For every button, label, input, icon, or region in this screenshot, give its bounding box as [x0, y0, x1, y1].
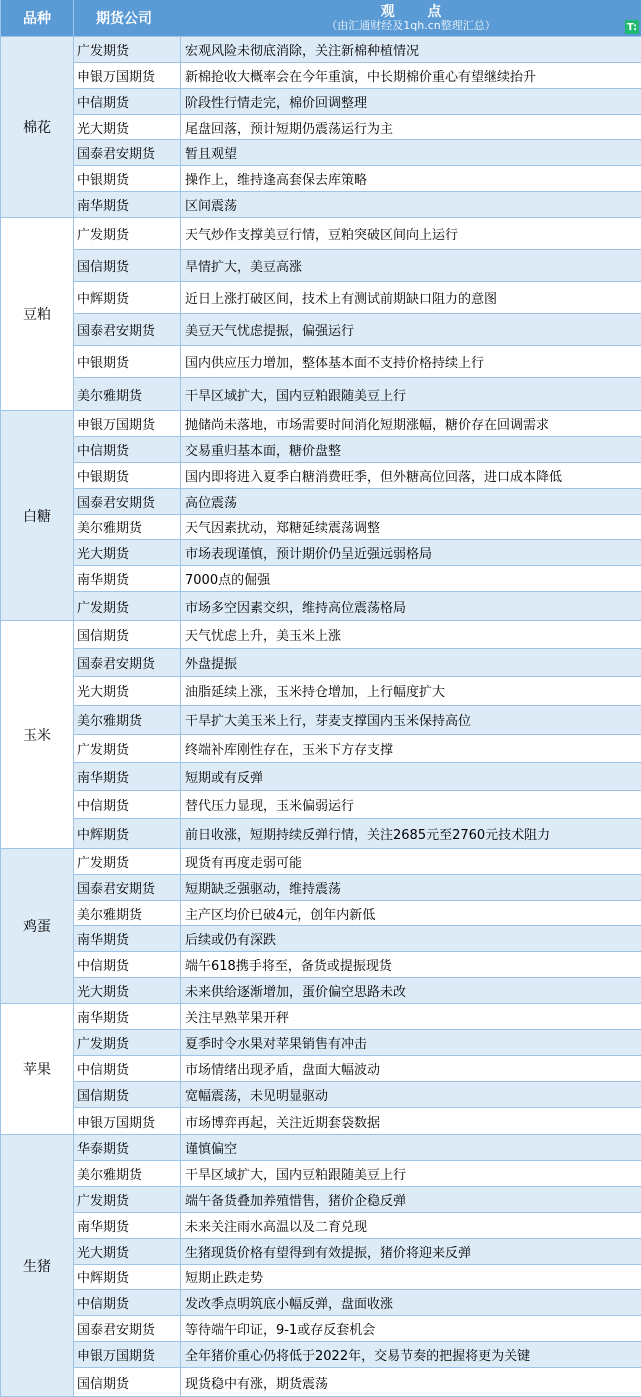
table-row: 申银万国期货全年猪价重心仍将低于2022年，交易节奏的把握将更为关键	[74, 1342, 641, 1368]
company-cell: 南华期货	[74, 763, 181, 790]
company-cell: 国泰君安期货	[74, 140, 181, 165]
company-cell: 中银期货	[74, 463, 181, 488]
view-cell: 尾盘回落，预计短期仍震荡运行为主	[181, 115, 641, 140]
company-cell: 国信期货	[74, 1082, 181, 1107]
view-cell: 高位震荡	[181, 489, 641, 514]
table-row: 中信期货替代压力显现，玉米偏弱运行	[74, 791, 641, 819]
view-cell: 旱情扩大，美豆高涨	[181, 250, 641, 281]
view-cell: 干旱区域扩大，国内豆粕跟随美豆上行	[181, 1161, 641, 1186]
group-soybean-meal: 豆粕 广发期货天气炒作支撑美豆行情，豆粕突破区间向上运行 国信期货旱情扩大，美豆…	[1, 218, 641, 411]
table-row: 申银万国期货新棉抢收大概率会在今年重演，中长期棉价重心有望继续抬升	[74, 63, 641, 89]
table-row: 国泰君安期货高位震荡	[74, 489, 641, 515]
view-cell: 夏季时令水果对苹果销售有冲击	[181, 1030, 641, 1055]
view-cell: 全年猪价重心仍将低于2022年，交易节奏的把握将更为关键	[181, 1342, 641, 1367]
view-cell: 宽幅震荡，未见明显驱动	[181, 1082, 641, 1107]
company-cell: 中辉期货	[74, 819, 181, 848]
table-row: 广发期货市场多空因素交织，维持高位震荡格局	[74, 592, 641, 620]
table-row: 中银期货国内即将进入夏季白糖消费旺季，但外糖高位回落，进口成本降低	[74, 463, 641, 489]
view-cell: 终端补库刚性存在，玉米下方存支撑	[181, 735, 641, 763]
company-cell: 美尔雅期货	[74, 1161, 181, 1186]
table-row: 中银期货操作上，维持逢高套保去库策略	[74, 166, 641, 192]
view-cell: 未来关注雨水高温以及二育兑现	[181, 1213, 641, 1238]
company-cell: 光大期货	[74, 1239, 181, 1264]
view-cell: 国内供应压力增加，整体基本面不支持价格持续上行	[181, 346, 641, 377]
table-row: 南华期货关注早熟苹果开秤	[74, 1004, 641, 1030]
group-white-sugar: 白糖 申银万国期货抛储尚未落地，市场需要时间消化短期涨幅，糖价存在回调需求 中信…	[1, 411, 641, 621]
view-cell: 天气炒作支撑美豆行情，豆粕突破区间向上运行	[181, 218, 641, 249]
table-row: 美尔雅期货天气因素扰动，郑糖延续震荡调整	[74, 515, 641, 541]
table-row: 广发期货现货有再度走弱可能	[74, 849, 641, 875]
category-cell: 鸡蛋	[1, 849, 74, 1003]
company-cell: 国信期货	[74, 1368, 181, 1396]
table-row: 中信期货阶段性行情走完，棉价回调整理	[74, 89, 641, 115]
category-cell: 玉米	[1, 621, 74, 848]
table-row: 光大期货未来供给逐渐增加，蛋价偏空思路未改	[74, 978, 641, 1003]
table-row: 广发期货天气炒作支撑美豆行情，豆粕突破区间向上运行	[74, 218, 641, 250]
futures-views-table: 品种 期货公司 观 点 （由汇通财经及1qh.cn整理汇总） T: 棉花 广发期…	[0, 0, 641, 1397]
table-row: 中信期货发改季点明筑底小幅反弹，盘面收涨	[74, 1290, 641, 1316]
view-cell: 干旱扩大美玉米上行，芽麦支撑国内玉米保持高位	[181, 706, 641, 734]
view-cell: 市场多空因素交织，维持高位震荡格局	[181, 592, 641, 620]
table-row: 国泰君安期货短期缺乏强驱动，维持震荡	[74, 875, 641, 901]
header-company: 期货公司	[74, 0, 181, 36]
table-row: 美尔雅期货干旱区域扩大，国内豆粕跟随美豆上行	[74, 378, 641, 410]
view-cell: 发改季点明筑底小幅反弹，盘面收涨	[181, 1290, 641, 1315]
category-cell: 苹果	[1, 1004, 74, 1134]
table-row: 国信期货旱情扩大，美豆高涨	[74, 250, 641, 282]
table-row: 南华期货未来关注雨水高温以及二育兑现	[74, 1213, 641, 1239]
company-cell: 南华期货	[74, 566, 181, 591]
company-cell: 国信期货	[74, 250, 181, 281]
view-cell: 油脂延续上涨，玉米持仓增加，上行幅度扩大	[181, 677, 641, 705]
company-cell: 美尔雅期货	[74, 706, 181, 734]
view-cell: 抛储尚未落地，市场需要时间消化短期涨幅，糖价存在回调需求	[181, 411, 641, 436]
header-category: 品种	[1, 0, 74, 36]
filter-icon[interactable]: T:	[625, 20, 639, 34]
table-row: 国信期货现货稳中有涨，期货震荡	[74, 1368, 641, 1396]
category-cell: 白糖	[1, 411, 74, 620]
header-view: 观 点 （由汇通财经及1qh.cn整理汇总）	[181, 0, 641, 36]
view-cell: 现货稳中有涨，期货震荡	[181, 1368, 641, 1396]
company-cell: 国泰君安期货	[74, 875, 181, 900]
view-cell: 宏观风险未彻底消除，关注新棉种植情况	[181, 37, 641, 62]
view-cell: 新棉抢收大概率会在今年重演，中长期棉价重心有望继续抬升	[181, 63, 641, 88]
company-cell: 国泰君安期货	[74, 314, 181, 345]
company-cell: 光大期货	[74, 677, 181, 705]
view-cell: 谨慎偏空	[181, 1135, 641, 1160]
view-cell: 短期或有反弹	[181, 763, 641, 790]
view-cell: 天气忧虑上升，美玉米上涨	[181, 621, 641, 648]
group-cotton: 棉花 广发期货宏观风险未彻底消除，关注新棉种植情况 申银万国期货新棉抢收大概率会…	[1, 37, 641, 218]
view-cell: 现货有再度走弱可能	[181, 849, 641, 874]
category-cell: 豆粕	[1, 218, 74, 410]
table-row: 国信期货宽幅震荡，未见明显驱动	[74, 1082, 641, 1108]
table-row: 美尔雅期货干旱扩大美玉米上行，芽麦支撑国内玉米保持高位	[74, 706, 641, 735]
table-row: 中信期货市场情绪出现矛盾，盘面大幅波动	[74, 1056, 641, 1082]
company-cell: 中信期货	[74, 952, 181, 977]
table-row: 申银万国期货市场博弈再起，关注近期套袋数据	[74, 1108, 641, 1134]
table-row: 广发期货夏季时令水果对苹果销售有冲击	[74, 1030, 641, 1056]
company-cell: 中辉期货	[74, 1265, 181, 1290]
company-cell: 美尔雅期货	[74, 515, 181, 540]
view-cell: 未来供给逐渐增加，蛋价偏空思路未改	[181, 978, 641, 1003]
table-row: 南华期货短期或有反弹	[74, 763, 641, 791]
company-cell: 广发期货	[74, 849, 181, 874]
table-row: 中辉期货前日收涨，短期持续反弹行情，关注2685元至2760元技术阻力	[74, 819, 641, 848]
table-row: 广发期货端午备货叠加养殖惜售，猪价企稳反弹	[74, 1187, 641, 1213]
company-cell: 南华期货	[74, 1213, 181, 1238]
table-row: 光大期货尾盘回落，预计短期仍震荡运行为主	[74, 115, 641, 141]
table-row: 华泰期货谨慎偏空	[74, 1135, 641, 1161]
table-row: 光大期货市场表现谨慎，预计期价仍呈近强远弱格局	[74, 540, 641, 566]
view-cell: 市场博弈再起，关注近期套袋数据	[181, 1108, 641, 1134]
table-row: 光大期货油脂延续上涨，玉米持仓增加，上行幅度扩大	[74, 677, 641, 706]
table-row: 广发期货宏观风险未彻底消除，关注新棉种植情况	[74, 37, 641, 63]
view-cell: 美豆天气忧虑提振，偏强运行	[181, 314, 641, 345]
company-cell: 国泰君安期货	[74, 649, 181, 676]
table-row: 中银期货国内供应压力增加，整体基本面不支持价格持续上行	[74, 346, 641, 378]
company-cell: 中银期货	[74, 166, 181, 191]
company-cell: 广发期货	[74, 592, 181, 620]
company-cell: 国泰君安期货	[74, 489, 181, 514]
view-cell: 市场情绪出现矛盾，盘面大幅波动	[181, 1056, 641, 1081]
table-row: 国泰君安期货美豆天气忧虑提振，偏强运行	[74, 314, 641, 346]
company-cell: 美尔雅期货	[74, 901, 181, 926]
view-cell: 端午备货叠加养殖惜售，猪价企稳反弹	[181, 1187, 641, 1212]
header-view-source: （由汇通财经及1qh.cn整理汇总）	[326, 20, 495, 33]
group-corn: 玉米 国信期货天气忧虑上升，美玉米上涨 国泰君安期货外盘提振 光大期货油脂延续上…	[1, 621, 641, 849]
table-header: 品种 期货公司 观 点 （由汇通财经及1qh.cn整理汇总） T:	[1, 0, 641, 37]
company-cell: 中信期货	[74, 1056, 181, 1081]
view-cell: 外盘提振	[181, 649, 641, 676]
company-cell: 中信期货	[74, 437, 181, 462]
company-cell: 中信期货	[74, 791, 181, 818]
table-row: 美尔雅期货主产区均价已破4元，创年内新低	[74, 901, 641, 927]
table-row: 中辉期货短期止跌走势	[74, 1265, 641, 1291]
company-cell: 美尔雅期货	[74, 378, 181, 410]
company-cell: 广发期货	[74, 1030, 181, 1055]
view-cell: 端午618携手将至，备货或提振现货	[181, 952, 641, 977]
view-cell: 操作上，维持逢高套保去库策略	[181, 166, 641, 191]
table-row: 中信期货端午618携手将至，备货或提振现货	[74, 952, 641, 978]
company-cell: 国信期货	[74, 621, 181, 648]
company-cell: 光大期货	[74, 115, 181, 140]
table-row: 申银万国期货抛储尚未落地，市场需要时间消化短期涨幅，糖价存在回调需求	[74, 411, 641, 437]
group-egg: 鸡蛋 广发期货现货有再度走弱可能 国泰君安期货短期缺乏强驱动，维持震荡 美尔雅期…	[1, 849, 641, 1004]
company-cell: 申银万国期货	[74, 411, 181, 436]
group-live-hog: 生猪 华泰期货谨慎偏空 美尔雅期货干旱区域扩大，国内豆粕跟随美豆上行 广发期货端…	[1, 1135, 641, 1397]
view-cell: 干旱区域扩大，国内豆粕跟随美豆上行	[181, 378, 641, 410]
table-row: 南华期货7000点的倔强	[74, 566, 641, 592]
table-row: 中辉期货近日上涨打破区间，技术上有测试前期缺口阻力的意图	[74, 282, 641, 314]
table-row: 国信期货天气忧虑上升，美玉米上涨	[74, 621, 641, 649]
view-cell: 短期缺乏强驱动，维持震荡	[181, 875, 641, 900]
view-cell: 天气因素扰动，郑糖延续震荡调整	[181, 515, 641, 540]
table-row: 国泰君安期货外盘提振	[74, 649, 641, 677]
category-cell: 生猪	[1, 1135, 74, 1396]
view-cell: 替代压力显现，玉米偏弱运行	[181, 791, 641, 818]
company-cell: 广发期货	[74, 735, 181, 763]
view-cell: 区间震荡	[181, 192, 641, 217]
header-view-title: 观 点	[367, 4, 456, 20]
view-cell: 阶段性行情走完，棉价回调整理	[181, 89, 641, 114]
view-cell: 近日上涨打破区间，技术上有测试前期缺口阻力的意图	[181, 282, 641, 313]
view-cell: 市场表现谨慎，预计期价仍呈近强远弱格局	[181, 540, 641, 565]
table-row: 中信期货交易重归基本面，糖价盘整	[74, 437, 641, 463]
table-row: 南华期货后续或仍有深跌	[74, 926, 641, 952]
view-cell: 7000点的倔强	[181, 566, 641, 591]
category-cell: 棉花	[1, 37, 74, 217]
view-cell: 短期止跌走势	[181, 1265, 641, 1290]
table-row: 南华期货区间震荡	[74, 192, 641, 217]
view-cell: 后续或仍有深跌	[181, 926, 641, 951]
company-cell: 广发期货	[74, 218, 181, 249]
view-cell: 暂且观望	[181, 140, 641, 165]
company-cell: 中银期货	[74, 346, 181, 377]
company-cell: 申银万国期货	[74, 1108, 181, 1134]
view-cell: 等待端午印证，9-1或存反套机会	[181, 1316, 641, 1341]
company-cell: 南华期货	[74, 1004, 181, 1029]
company-cell: 中信期货	[74, 1290, 181, 1315]
company-cell: 华泰期货	[74, 1135, 181, 1160]
view-cell: 主产区均价已破4元，创年内新低	[181, 901, 641, 926]
view-cell: 生猪现货价格有望得到有效提振，猪价将迎来反弹	[181, 1239, 641, 1264]
company-cell: 南华期货	[74, 926, 181, 951]
company-cell: 国泰君安期货	[74, 1316, 181, 1341]
group-apple: 苹果 南华期货关注早熟苹果开秤 广发期货夏季时令水果对苹果销售有冲击 中信期货市…	[1, 1004, 641, 1135]
company-cell: 中辉期货	[74, 282, 181, 313]
table-row: 国泰君安期货等待端午印证，9-1或存反套机会	[74, 1316, 641, 1342]
view-cell: 国内即将进入夏季白糖消费旺季，但外糖高位回落，进口成本降低	[181, 463, 641, 488]
company-cell: 光大期货	[74, 540, 181, 565]
company-cell: 广发期货	[74, 1187, 181, 1212]
view-cell: 关注早熟苹果开秤	[181, 1004, 641, 1029]
table-row: 广发期货终端补库刚性存在，玉米下方存支撑	[74, 735, 641, 764]
company-cell: 广发期货	[74, 37, 181, 62]
company-cell: 申银万国期货	[74, 63, 181, 88]
company-cell: 光大期货	[74, 978, 181, 1003]
view-cell: 前日收涨，短期持续反弹行情，关注2685元至2760元技术阻力	[181, 819, 641, 848]
company-cell: 申银万国期货	[74, 1342, 181, 1367]
company-cell: 中信期货	[74, 89, 181, 114]
view-cell: 交易重归基本面，糖价盘整	[181, 437, 641, 462]
table-row: 美尔雅期货干旱区域扩大，国内豆粕跟随美豆上行	[74, 1161, 641, 1187]
company-cell: 南华期货	[74, 192, 181, 217]
table-row: 国泰君安期货暂且观望	[74, 140, 641, 166]
table-row: 光大期货生猪现货价格有望得到有效提振，猪价将迎来反弹	[74, 1239, 641, 1265]
